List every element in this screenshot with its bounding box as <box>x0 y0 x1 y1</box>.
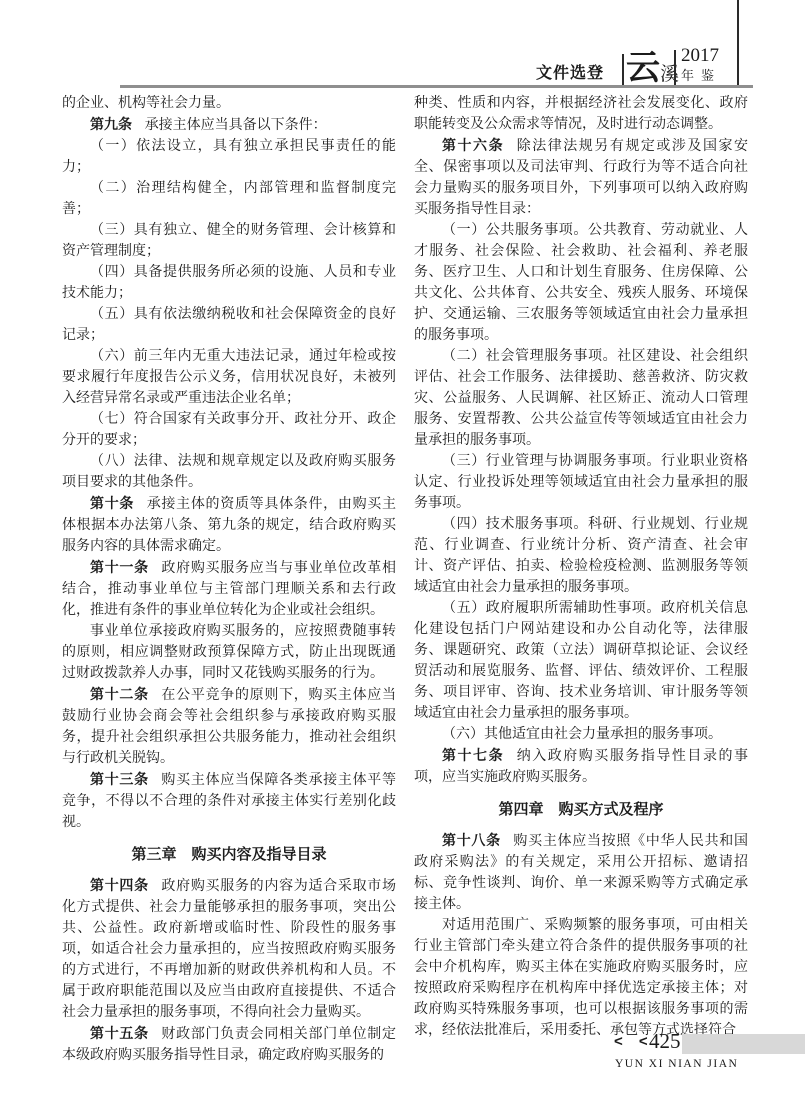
article-number: 第十条 <box>90 495 134 511</box>
paragraph: 第十四条政府购买服务的内容为适合采取市场化方式提供、社会力量能够承担的服务事项，… <box>62 875 396 1023</box>
paragraph: 事业单位承接政府购买服务的，应按照费随事转的原则，相应调整财政预算保障方式，防止… <box>62 621 396 684</box>
year-label: 2017 <box>681 46 719 66</box>
right-column: 种类、性质和内容，并根据经济社会发展变化、政府职能转变及公众需求等情况，及时进行… <box>414 93 748 1066</box>
paragraph: （三）具有独立、健全的财务管理、会计核算和资产管理制度； <box>62 220 396 262</box>
paragraph: 第十二条在公平竞争的原则下，购买主体应当鼓励行业协会商会等社会组织参与承接政府购… <box>62 684 396 769</box>
paragraph: （四）具备提供服务所必须的设施、人员和专业技术能力； <box>62 262 396 304</box>
article-number: 第十六条 <box>442 137 504 153</box>
article-number: 第十四条 <box>90 877 149 893</box>
article-number: 第十五条 <box>90 1025 149 1041</box>
paragraph: 第十条承接主体的资质等具体条件，由购买主体根据本办法第八条、第九条的规定，结合政… <box>62 493 396 557</box>
section-title: 文件选登 <box>536 60 604 83</box>
paragraph: 第十六条除法律法规另有规定或涉及国家安全、保密事项以及司法审判、行政行为等不适合… <box>414 135 748 220</box>
paragraph: （四）技术服务事项。科研、行业规划、行业规范、行业调查、行业统计分析、资产清查、… <box>414 514 748 598</box>
paragraph: 第十七条纳入政府购买服务指导性目录的事项，应当实施政府购买服务。 <box>414 745 748 788</box>
footer-bar <box>682 1034 805 1054</box>
article-number: 第十一条 <box>90 559 149 575</box>
paragraph: 种类、性质和内容，并根据经济社会发展变化、政府职能转变及公众需求等情况，及时进行… <box>414 93 748 135</box>
article-number: 第十八条 <box>442 832 501 848</box>
yearbook-logo: 云 溪 <box>626 46 673 86</box>
page-nav-arrows: < < <box>614 1033 654 1050</box>
paragraph: （一）公共服务事项。公共教育、劳动就业、人才服务、社会保险、社会救助、社会福利、… <box>414 220 748 346</box>
left-column: 的企业、机构等社会力量。第九条承接主体应当具备以下条件：（一）依法设立，具有独立… <box>62 93 396 1066</box>
logo-char-large: 云 <box>626 52 660 86</box>
pinyin-title: YUN XI NIAN JIAN <box>615 1058 738 1070</box>
header-divider-2 <box>674 50 676 86</box>
header-divider-3 <box>737 0 739 86</box>
paragraph: （三）行业管理与协调服务事项。行业职业资格认定、行业投诉处理等领域适宜由社会力量… <box>414 451 748 514</box>
paragraph: 第十五条财政部门负责会同相关部门单位制定本级政府购买服务指导性目录，确定政府购买… <box>62 1023 396 1066</box>
year-block: 2017 年鉴 <box>681 46 735 84</box>
header-rule <box>120 85 753 88</box>
chapter-heading: 第四章 购买方式及程序 <box>414 799 748 820</box>
header-divider-1 <box>622 54 624 86</box>
paragraph: 对适用范围广、采购频繁的服务事项，可由相关行业主管部门牵头建立符合条件的提供服务… <box>414 915 748 1041</box>
paragraph: （六）其他适宜由社会力量承担的服务事项。 <box>414 724 748 745</box>
paragraph: （一）依法设立，具有独立承担民事责任的能力； <box>62 136 396 178</box>
paragraph: 第十八条购买主体应当按照《中华人民共和国政府采购法》的有关规定，采用公开招标、邀… <box>414 830 748 915</box>
yearbook-label: 年鉴 <box>681 68 721 84</box>
paragraph: （五）具有依法缴纳税收和社会保障资金的良好记录； <box>62 304 396 346</box>
paragraph: 第十三条购买主体应当保障各类承接主体平等竞争，不得以不合理的条件对承接主体实行差… <box>62 769 396 833</box>
paragraph: 第九条承接主体应当具备以下条件： <box>62 114 396 136</box>
page-number: 425 <box>649 1029 681 1054</box>
paragraph: 的企业、机构等社会力量。 <box>62 93 396 114</box>
article-number: 第九条 <box>90 116 132 132</box>
article-number: 第十二条 <box>90 686 149 702</box>
article-number: 第十三条 <box>90 771 149 787</box>
logo-char-small: 溪 <box>660 64 679 86</box>
paragraph: （八）法律、法规和规章规定以及政府购买服务项目要求的其他条件。 <box>62 451 396 493</box>
paragraph: （二）治理结构健全，内部管理和监督制度完善； <box>62 178 396 220</box>
document-body: 的企业、机构等社会力量。第九条承接主体应当具备以下条件：（一）依法设立，具有独立… <box>62 93 748 1066</box>
paragraph: （五）政府履职所需辅助性事项。政府机关信息化建设包括门户网站建设和办公自动化等，… <box>414 598 748 724</box>
paragraph: （六）前三年内无重大违法记录，通过年检或按要求履行年度报告公示义务，信用状况良好… <box>62 346 396 409</box>
article-number: 第十七条 <box>442 747 504 763</box>
paragraph: （七）符合国家有关政事分开、政社分开、政企分开的要求； <box>62 409 396 451</box>
paragraph: （二）社会管理服务事项。社区建设、社会组织评估、社会工作服务、法律援助、慈善救济… <box>414 346 748 451</box>
yearbook-page: 文件选登 云 溪 2017 年鉴 的企业、机构等社会力量。第九条承接主体应当具备… <box>0 0 805 1099</box>
chapter-heading: 第三章 购买内容及指导目录 <box>62 844 396 865</box>
paragraph: 第十一条政府购买服务应当与事业单位改革相结合，推动事业单位与主管部门理顺关系和去… <box>62 557 396 621</box>
